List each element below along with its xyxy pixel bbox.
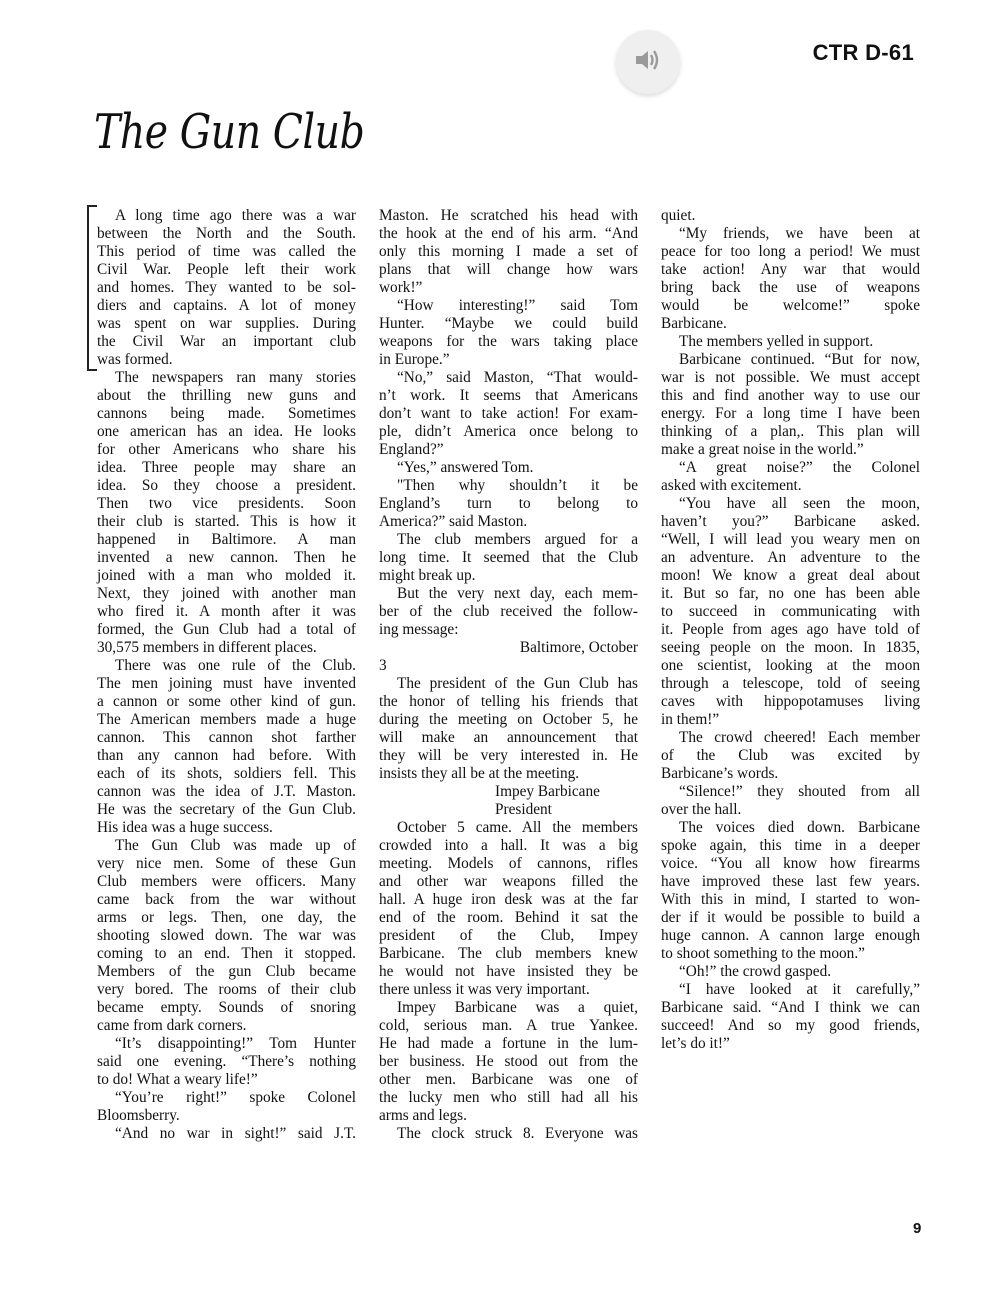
text-line: The members yelled in support. <box>661 333 920 351</box>
text-line: succeed! And so my good friends, <box>661 1017 920 1035</box>
text-line: became empty. Sounds of snoring <box>97 999 356 1017</box>
text-line: America?” said Maston. <box>379 513 638 531</box>
text-line: formed, the Gun Club had a total of <box>97 621 356 639</box>
text-line: Club members were officers. Many <box>97 873 356 891</box>
text-line: Then two vice presidents. Soon <box>97 495 356 513</box>
text-line: other men. Barbicane was one of <box>379 1071 638 1089</box>
text-line: Barbicane said. “And I think we can <box>661 999 920 1017</box>
text-line: it. But so far, no one has been able <box>661 585 920 603</box>
text-line: idea. Three people may share an <box>97 459 356 477</box>
text-line: one scientist, looking at the moon <box>661 657 920 675</box>
text-line: have improved these last few years. <box>661 873 920 891</box>
text-line: an adventure. An adventure to the <box>661 549 920 567</box>
text-line: each of its shots, soldiers fell. This <box>97 765 356 783</box>
text-line: between the North and the South. <box>97 225 356 243</box>
text-line: ing message: <box>379 621 638 639</box>
text-line: weapons for the wars taking place <box>379 333 638 351</box>
text-line: der if it would be possible to build a <box>661 909 920 927</box>
text-line: for other Americans who share his <box>97 441 356 459</box>
text-line: Baltimore, October <box>379 639 638 657</box>
text-line: ber business. He stood out from the <box>379 1053 638 1071</box>
text-line: will make an announcement that <box>379 729 638 747</box>
text-line: long time. It seemed that the Club <box>379 549 638 567</box>
text-line: Hunter. “Maybe we could build <box>379 315 638 333</box>
speaker-icon <box>633 47 663 78</box>
text-line: peace for too long a period! We must <box>661 243 920 261</box>
text-line: to do! What a weary life!” <box>97 1071 356 1089</box>
text-line: bring back the use of weapons <box>661 279 920 297</box>
text-line: The president of the Gun Club has <box>379 675 638 693</box>
text-line: “It’s disappointing!” Tom Hunter <box>97 1035 356 1053</box>
text-line: arms or legs. Then, one day, the <box>97 909 356 927</box>
text-line: haven’t you?” Barbicane asked. <box>661 513 920 531</box>
text-line: take action! Any war that would <box>661 261 920 279</box>
text-line: “No,” said Maston, “That would- <box>379 369 638 387</box>
story-column-2: Maston. He scratched his head withthe ho… <box>379 207 638 1143</box>
text-line: cannon was the idea of J.T. Maston. <box>97 783 356 801</box>
text-line: president of the Club, Impey <box>379 927 638 945</box>
text-line: The crowd cheered! Each member <box>661 729 920 747</box>
text-line: Next, they joined with another man <box>97 585 356 603</box>
text-line: thinking of a plan,. This plan will <box>661 423 920 441</box>
text-line: was formed. <box>97 351 356 369</box>
text-line: The voices died down. Barbicane <box>661 819 920 837</box>
text-line: seeing people on the moon. In 1835, <box>661 639 920 657</box>
text-line: they will be very interested in. He <box>379 747 638 765</box>
text-line: very bored. The rooms of their club <box>97 981 356 999</box>
text-line: He was the secretary of the Gun Club. <box>97 801 356 819</box>
text-line: and other war weapons filled the <box>379 873 638 891</box>
page-title: The Gun Club <box>94 104 364 160</box>
text-line: and homes. They wanted to be sol- <box>97 279 356 297</box>
text-line: Barbicane’s words. <box>661 765 920 783</box>
text-line: “You have all seen the moon, <box>661 495 920 513</box>
text-line: “A great noise?” the Colonel <box>661 459 920 477</box>
text-line: A long time ago there was a war <box>97 207 356 225</box>
text-line: “My friends, we have been at <box>661 225 920 243</box>
story-column-3: quiet.“My friends, we have been atpeace … <box>661 207 920 1053</box>
text-line: “Silence!” they shouted from all <box>661 783 920 801</box>
text-line: caves with hippopotamuses living <box>661 693 920 711</box>
text-line: let’s do it!” <box>661 1035 920 1053</box>
text-line: about the thrilling new guns and <box>97 387 356 405</box>
text-line: The newspapers ran many stories <box>97 369 356 387</box>
text-line: huge cannon. A cannon large enough <box>661 927 920 945</box>
text-line: he would not have insisted they be <box>379 963 638 981</box>
text-line: work!” <box>379 279 638 297</box>
text-line: very nice men. Some of these Gun <box>97 855 356 873</box>
text-line: England’s turn to belong to <box>379 495 638 513</box>
text-line: this and find another way to use our <box>661 387 920 405</box>
text-line: plans that will change how wars <box>379 261 638 279</box>
text-line: don’t want to take action! For exam- <box>379 405 638 423</box>
text-line: October 5 came. All the members <box>379 819 638 837</box>
text-line: Barbicane. <box>661 315 920 333</box>
text-line: He had made a fortune in the lum- <box>379 1035 638 1053</box>
text-line: Impey Barbicane <box>379 783 638 801</box>
text-line: would be welcome!” spoke <box>661 297 920 315</box>
text-line: happened in Baltimore. A man <box>97 531 356 549</box>
text-line: the lucky men who still had all his <box>379 1089 638 1107</box>
text-line: crowded into a hall. It was a big <box>379 837 638 855</box>
text-line: shooting slowed down. The war was <box>97 927 356 945</box>
text-line: spoke again, this time in a deeper <box>661 837 920 855</box>
text-line: the Civil War an important club <box>97 333 356 351</box>
text-line: insists they all be at the meeting. <box>379 765 638 783</box>
text-line: in Europe.” <box>379 351 638 369</box>
text-line: 30,575 members in different places. <box>97 639 356 657</box>
text-line: of the Club was excited by <box>661 747 920 765</box>
text-line: during the meeting on October 5, he <box>379 711 638 729</box>
text-line: voice. “You all know how firearms <box>661 855 920 873</box>
text-line: "Then why shouldn’t it be <box>379 477 638 495</box>
text-line: Barbicane continued. “But for now, <box>661 351 920 369</box>
text-line: end of the room. Behind it sat the <box>379 909 638 927</box>
text-line: in them!” <box>661 711 920 729</box>
text-line: There was one rule of the Club. <box>97 657 356 675</box>
text-line: through a telescope, told of seeing <box>661 675 920 693</box>
text-line: “Yes,” answered Tom. <box>379 459 638 477</box>
document-code: CTR D-61 <box>813 40 914 66</box>
text-line: idea. So they choose a president. <box>97 477 356 495</box>
story-column-1: A long time ago there was a warbetween t… <box>97 207 356 1143</box>
text-line: was spent on war supplies. During <box>97 315 356 333</box>
text-line: n’t work. It seems that Americans <box>379 387 638 405</box>
text-line: 3 <box>379 657 638 675</box>
text-line: moon! We know a great deal about <box>661 567 920 585</box>
text-line: it. People from ages ago have told of <box>661 621 920 639</box>
text-line: Bloomsberry. <box>97 1107 356 1125</box>
text-line: invented a new cannon. Then he <box>97 549 356 567</box>
text-line: quiet. <box>661 207 920 225</box>
text-line: coming to an end. Then it stopped. <box>97 945 356 963</box>
text-line: one american has an idea. He looks <box>97 423 356 441</box>
text-line: cold, serious man. A true Yankee. <box>379 1017 638 1035</box>
text-line: who fired it. A month after it was <box>97 603 356 621</box>
text-line: the hook at the end of his arm. “And <box>379 225 638 243</box>
text-line: the honor of telling his friends that <box>379 693 638 711</box>
text-line: The club members argued for a <box>379 531 638 549</box>
text-line: England?” <box>379 441 638 459</box>
text-line: Civil War. People left their work <box>97 261 356 279</box>
text-line: arms and legs. <box>379 1107 638 1125</box>
text-line: hall. A huge iron desk was at the far <box>379 891 638 909</box>
text-line: The Gun Club was made up of <box>97 837 356 855</box>
text-line: there unless it was very important. <box>379 981 638 999</box>
intro-bracket <box>87 205 97 371</box>
text-line: cannon. This cannon shot farther <box>97 729 356 747</box>
text-line: meeting. Models of cannons, rifles <box>379 855 638 873</box>
text-line: “I have looked at it carefully,” <box>661 981 920 999</box>
text-line: “Oh!” the crowd gasped. <box>661 963 920 981</box>
text-line: joined with a man who molded it. <box>97 567 356 585</box>
text-line: cannons being made. Sometimes <box>97 405 356 423</box>
text-line: came from dark corners. <box>97 1017 356 1035</box>
text-line: “You’re right!” spoke Colonel <box>97 1089 356 1107</box>
text-line: Maston. He scratched his head with <box>379 207 638 225</box>
text-line: Members of the gun Club became <box>97 963 356 981</box>
audio-play-button[interactable] <box>616 30 680 94</box>
text-line: to shoot something to the moon.” <box>661 945 920 963</box>
text-line: ber of the club received the follow- <box>379 603 638 621</box>
text-line: only this morning I made a set of <box>379 243 638 261</box>
text-line: The American members made a huge <box>97 711 356 729</box>
text-line: With this in mind, I started to won- <box>661 891 920 909</box>
text-line: Barbicane. The club members knew <box>379 945 638 963</box>
text-line: “How interesting!” said Tom <box>379 297 638 315</box>
text-line: This period of time was called the <box>97 243 356 261</box>
text-line: But the very next day, each mem- <box>379 585 638 603</box>
text-line: make a great noise in the world.” <box>661 441 920 459</box>
page-number: 9 <box>913 1220 921 1237</box>
text-line: than any cannon had before. With <box>97 747 356 765</box>
text-line: diers and captains. A lot of money <box>97 297 356 315</box>
text-line: asked with excitement. <box>661 477 920 495</box>
text-line: ple, didn’t America once belong to <box>379 423 638 441</box>
text-line: war is not possible. We must accept <box>661 369 920 387</box>
text-line: said one evening. “There’s nothing <box>97 1053 356 1071</box>
text-line: “And no war in sight!” said J.T. <box>97 1125 356 1143</box>
text-line: “Well, I will lead you weary men on <box>661 531 920 549</box>
text-line: His idea was a huge success. <box>97 819 356 837</box>
text-line: The clock struck 8. Everyone was <box>379 1125 638 1143</box>
text-line: over the hall. <box>661 801 920 819</box>
text-line: energy. For a long time I have been <box>661 405 920 423</box>
text-line: might break up. <box>379 567 638 585</box>
text-line: Impey Barbicane was a quiet, <box>379 999 638 1017</box>
text-line: The men joining must have invented <box>97 675 356 693</box>
text-line: President <box>379 801 638 819</box>
text-line: a cannon or some other kind of gun. <box>97 693 356 711</box>
text-line: to succeed in communicating with <box>661 603 920 621</box>
text-line: came back from the war without <box>97 891 356 909</box>
text-line: their club is started. This is how it <box>97 513 356 531</box>
